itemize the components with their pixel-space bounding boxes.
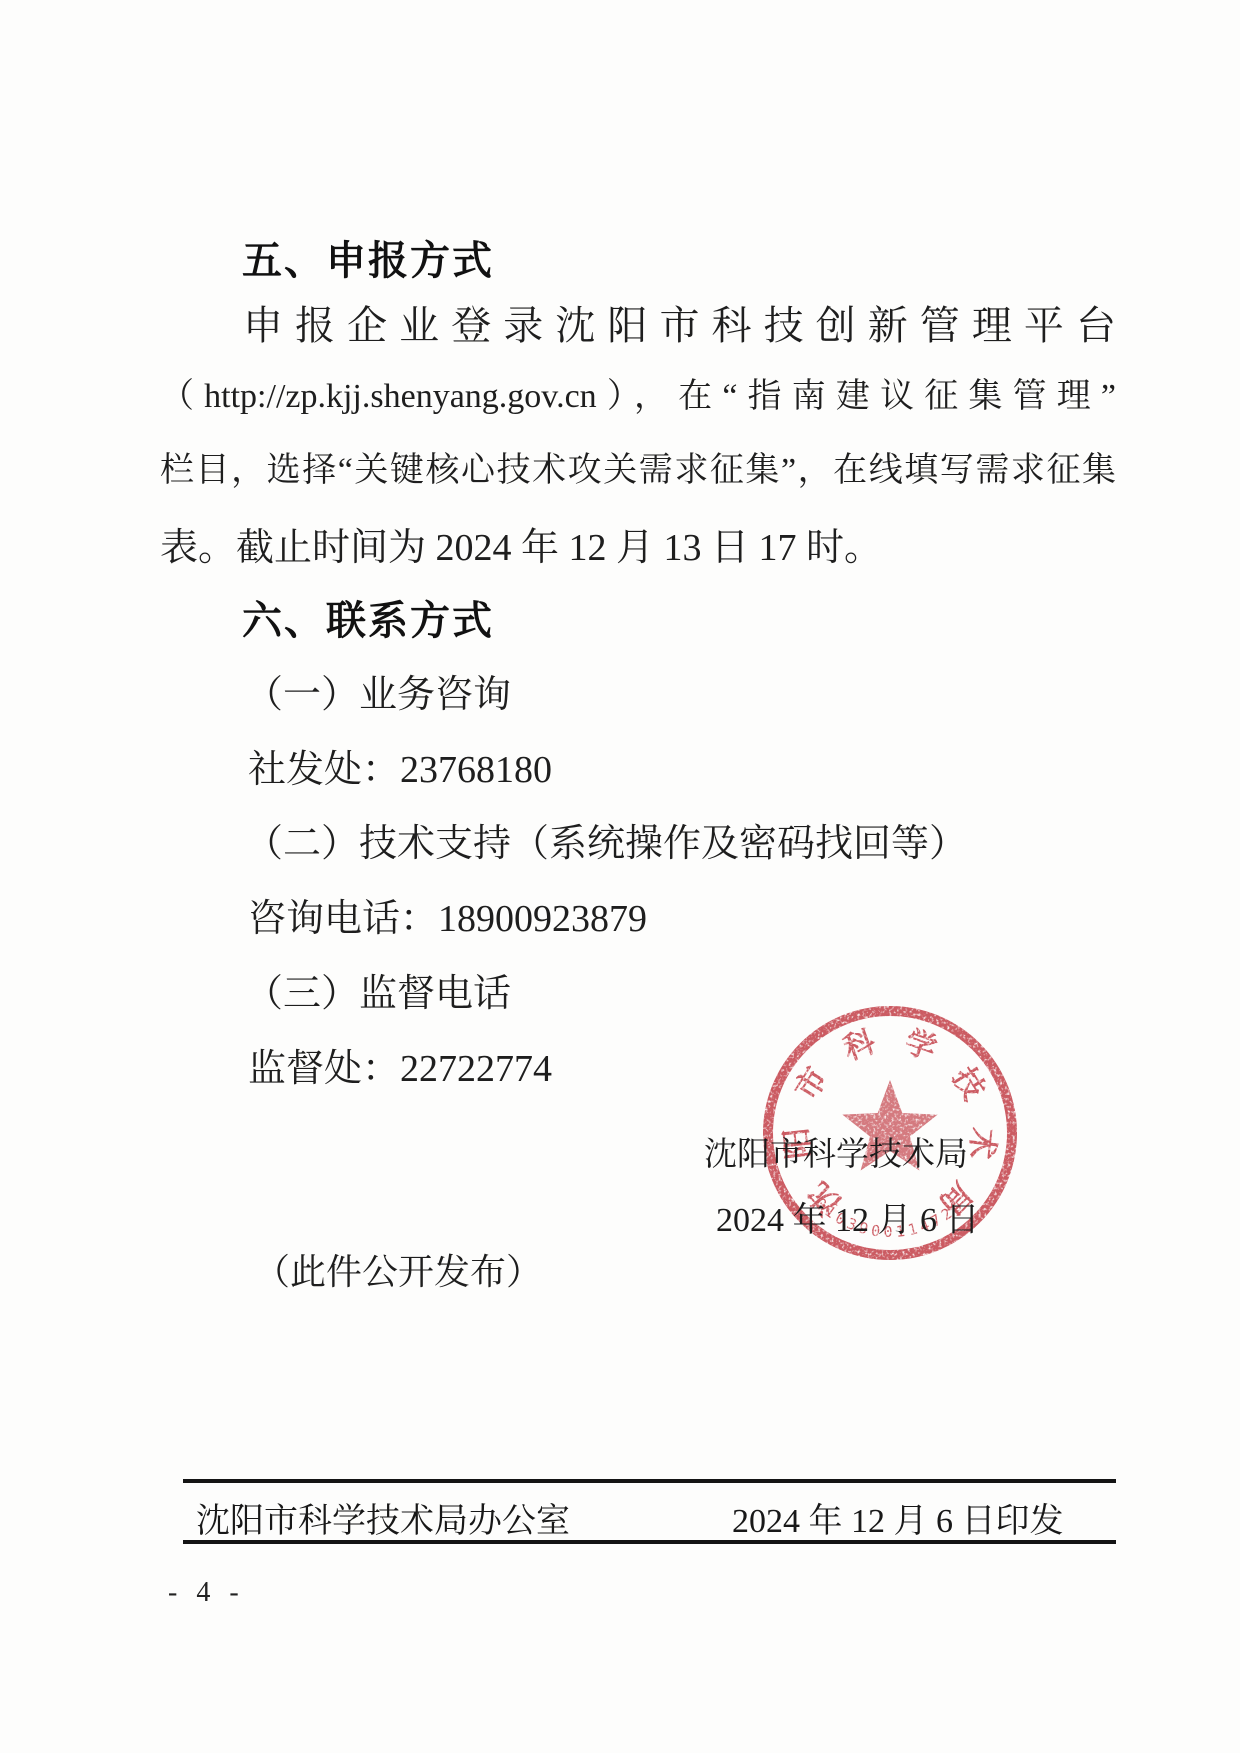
page-number: - 4 - (168, 1577, 245, 1609)
contact-business-phone: 社发处：23768180 (248, 749, 552, 792)
section5-paragraph-line2-url: （http://zp.kjj.shenyang.gov.cn），在“指南建议征集… (160, 378, 1116, 416)
section6-heading: 六、联系方式 (242, 599, 494, 644)
section5-paragraph-line1: 申报企业登录沈阳市科技创新管理平台 (243, 304, 1116, 349)
section5-paragraph-line3: 栏目，选择“关键核心技术攻关需求征集”，在线填写需求征集 (160, 452, 1116, 490)
document-page: 五、申报方式 申报企业登录沈阳市科技创新管理平台 （http://zp.kjj.… (0, 0, 1240, 1753)
signature-issuer: 沈阳市科学技术局 (704, 1128, 968, 1175)
svg-text:科: 科 (839, 1024, 880, 1067)
signature-date: 2024 年 12 月 6 日 (716, 1192, 980, 1241)
svg-text:学: 学 (900, 1024, 941, 1067)
svg-text:技: 技 (946, 1061, 992, 1106)
public-release-note: （此件公开发布） (254, 1252, 542, 1292)
footer-issuing-office: 沈阳市科学技术局办公室 (196, 1493, 570, 1542)
contact-techsupport-phone: 咨询电话：18900923879 (248, 898, 647, 941)
footer-top-rule (183, 1479, 1116, 1483)
contact-supervision-phone: 监督处：22722774 (248, 1048, 552, 1091)
contact-techsupport-label: （二）技术支持（系统操作及密码找回等） (245, 823, 967, 866)
svg-text:市: 市 (788, 1061, 834, 1106)
section5-paragraph-line4-deadline: 表。截止时间为 2024 年 12 月 13 日 17 时。 (160, 527, 882, 570)
contact-supervision-label: （三）监督电话 (245, 973, 511, 1016)
svg-text:术: 术 (963, 1126, 1001, 1161)
footer-print-date: 2024 年 12 月 6 日印发 (732, 1493, 1064, 1542)
section5-heading: 五、申报方式 (242, 239, 494, 284)
footer-bottom-rule (183, 1540, 1116, 1544)
contact-business-label: （一）业务咨询 (245, 674, 511, 717)
